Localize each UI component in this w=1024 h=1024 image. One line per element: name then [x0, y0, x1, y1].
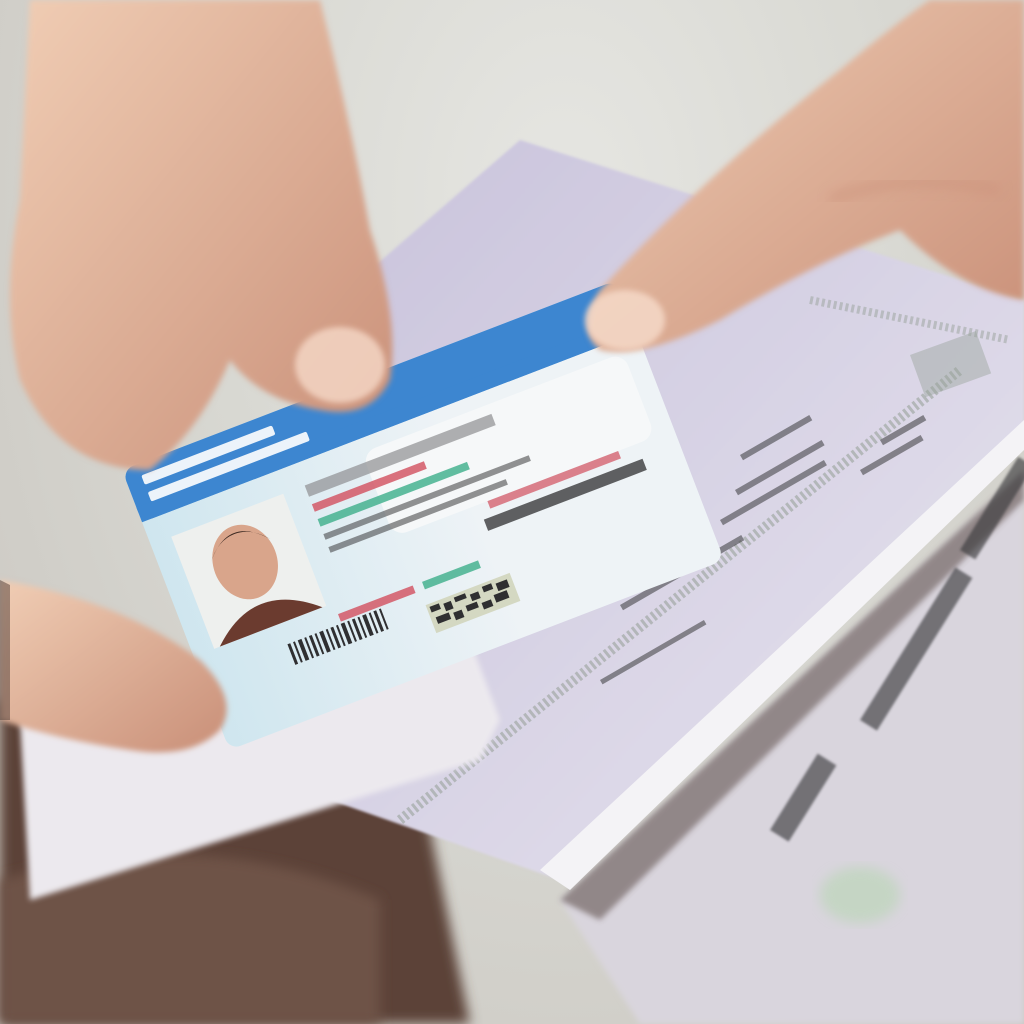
scene-illustration — [0, 0, 1024, 1024]
left-hand-top — [10, 0, 393, 470]
photo-scene — [0, 0, 1024, 1024]
thumbnail — [295, 327, 385, 403]
